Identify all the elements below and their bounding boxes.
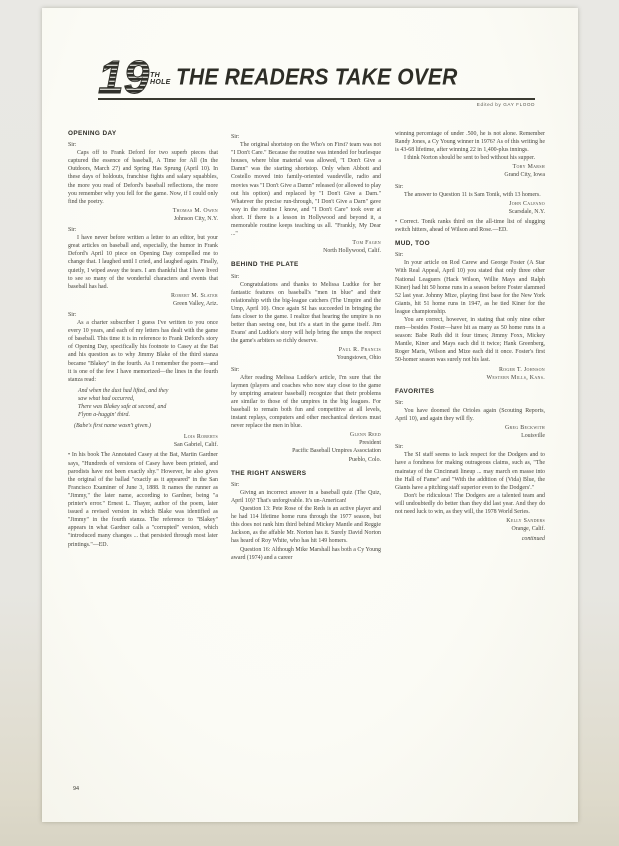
poem-line: And when the dust had lifted, and they [78, 387, 218, 395]
letter-paragraph: The answer to Question 11 is Sam Tonik, … [395, 191, 545, 199]
signature-name: Robert M. Slater [68, 292, 218, 300]
signature-detail: Scarsdale, N.Y. [395, 208, 545, 216]
salutation: Sir: [231, 481, 381, 489]
salutation: Sir: [395, 399, 545, 407]
signature-name: Roger T. Johnson [395, 366, 545, 374]
poem-line: There was Blakey safe at second, and [78, 403, 218, 411]
letter-paragraph: The SI staff seems to lack respect for t… [395, 451, 545, 491]
letter-paragraph: Giving an incorrect answer in a baseball… [231, 489, 381, 505]
signature-detail: North Hollywood, Calif. [231, 247, 381, 255]
salutation: Sir: [395, 183, 545, 191]
signature-name: Toby Marsh [395, 163, 545, 171]
signature-detail: San Gabriel, Calif. [68, 441, 218, 449]
signature: John CalfanoScarsdale, N.Y. [395, 200, 545, 216]
poem-quote: And when the dust had lifted, and theysa… [78, 387, 218, 419]
section-heading: THE RIGHT ANSWERS [231, 470, 381, 478]
signature: Kelly SandersOrange, Calif. [395, 517, 545, 533]
signature: Toby MarshGrand City, Iowa [395, 163, 545, 179]
signature-detail: Orange, Calif. [395, 525, 545, 533]
letter-paragraph: Congratulations and thanks to Melissa Lu… [231, 281, 381, 346]
signature-name: Kelly Sanders [395, 517, 545, 525]
signature-detail: Louisville [395, 432, 545, 440]
salutation: Sir: [231, 366, 381, 374]
salutation: Sir: [231, 273, 381, 281]
signature-name: Paul R. Francis [231, 346, 381, 354]
letter-paragraph: I think Norton should be sent to bed wit… [395, 154, 545, 162]
letter-paragraph: As a charter subscriber I guess I've wri… [68, 319, 218, 384]
signature-detail: President [231, 439, 381, 447]
poem-line: Flynn a-huggin' third. [78, 411, 218, 419]
edited-by-credit: Edited by GAY FLOOD [477, 102, 535, 107]
letter-paragraph: Question 13: Pete Rose of the Reds is an… [231, 505, 381, 545]
salutation: Sir: [395, 251, 545, 259]
signature: Roger T. JohnsonWestern Mills, Kans. [395, 366, 545, 382]
logo-th: TH [150, 72, 171, 79]
signature-name: Lois Roberts [68, 433, 218, 441]
signature-detail: Western Mills, Kans. [395, 374, 545, 382]
salutation: Sir: [68, 141, 218, 149]
signature-name: Greg Beckwith [395, 424, 545, 432]
salutation: Sir: [68, 311, 218, 319]
signature-name: John Calfano [395, 200, 545, 208]
signature-detail: Grand City, Iowa [395, 171, 545, 179]
section-heading: FAVORITES [395, 388, 545, 396]
signature: Glenn ReedPresidentPacific Baseball Umpi… [231, 431, 381, 463]
letter-paragraph: Don't be ridiculous! The Dodgers are a t… [395, 492, 545, 516]
page-title: THE READERS TAKE OVER [176, 65, 536, 91]
section-heading: OPENING DAY [68, 130, 218, 138]
poem-line: saw what had occurred, [78, 395, 218, 403]
signature: Lois RobertsSan Gabriel, Calif. [68, 433, 218, 449]
svg-text:19: 19 [98, 54, 150, 98]
letters-column-2: Sir:The original shortstop on the Who's … [231, 130, 381, 562]
salutation: Sir: [68, 226, 218, 234]
salutation: Sir: [231, 133, 381, 141]
signature: Greg BeckwithLouisville [395, 424, 545, 440]
letter-paragraph-continued: winning percentage of under .500, he is … [395, 130, 545, 154]
letter-paragraph: Caps off to Frank Deford for two superb … [68, 149, 218, 206]
section-heading: BEHIND THE PLATE [231, 261, 381, 269]
signature-detail: Green Valley, Ariz. [68, 300, 218, 308]
masthead-rule [98, 98, 535, 100]
section-heading: MUD, TOO [395, 240, 545, 248]
editor-note: • In his book The Annotated Casey at the… [68, 451, 218, 548]
signature-detail: Pueblo, Colo. [231, 456, 381, 464]
signature-detail: Youngstown, Ohio [231, 354, 381, 362]
salutation: Sir: [395, 443, 545, 451]
signature: Paul R. FrancisYoungstown, Ohio [231, 346, 381, 362]
letter-paragraph: I have never before written a letter to … [68, 234, 218, 291]
signature-name: Glenn Reed [231, 431, 381, 439]
letters-column-1: OPENING DAYSir:Caps off to Frank Deford … [68, 130, 218, 549]
letter-paragraph: In your article on Rod Carew and George … [395, 259, 545, 316]
signature-name: Tom Fagen [231, 239, 381, 247]
letter-paragraph: You are correct, however, in stating tha… [395, 316, 545, 365]
continued-marker: continued [395, 535, 545, 543]
letter-paragraph: After reading Melissa Ludtke's article, … [231, 374, 381, 431]
letter-paragraph: The original shortstop on the Who's on F… [231, 141, 381, 238]
signature: Robert M. SlaterGreen Valley, Ariz. [68, 292, 218, 308]
signature-name: Thomas M. Owen [68, 207, 218, 215]
nineteenth-hole-logo: 19 [98, 54, 154, 98]
page-number: 94 [73, 786, 79, 792]
signature-detail: Johnson City, N.Y. [68, 215, 218, 223]
letter-paragraph: Question 16: Although Mike Marshall has … [231, 546, 381, 562]
editor-note: • Correct. Tonik ranks third on the all-… [395, 218, 545, 234]
letters-column-3: winning percentage of under .500, he is … [395, 130, 545, 543]
logo-hole: HOLE [150, 79, 171, 86]
signature: Tom FagenNorth Hollywood, Calif. [231, 239, 381, 255]
signature: Thomas M. OwenJohnson City, N.Y. [68, 207, 218, 223]
signature-detail: Pacific Baseball Umpires Association [231, 447, 381, 455]
letter-paragraph: You have doomed the Orioles again (Scout… [395, 407, 545, 423]
magazine-page: 19 TH HOLE THE READERS TAKE OVER Edited … [42, 8, 578, 822]
masthead: 19 TH HOLE THE READERS TAKE OVER Edited … [98, 54, 536, 114]
poem-note: (Babe's first name wasn't given.) [74, 422, 218, 430]
logo-th-hole: TH HOLE [150, 72, 171, 86]
